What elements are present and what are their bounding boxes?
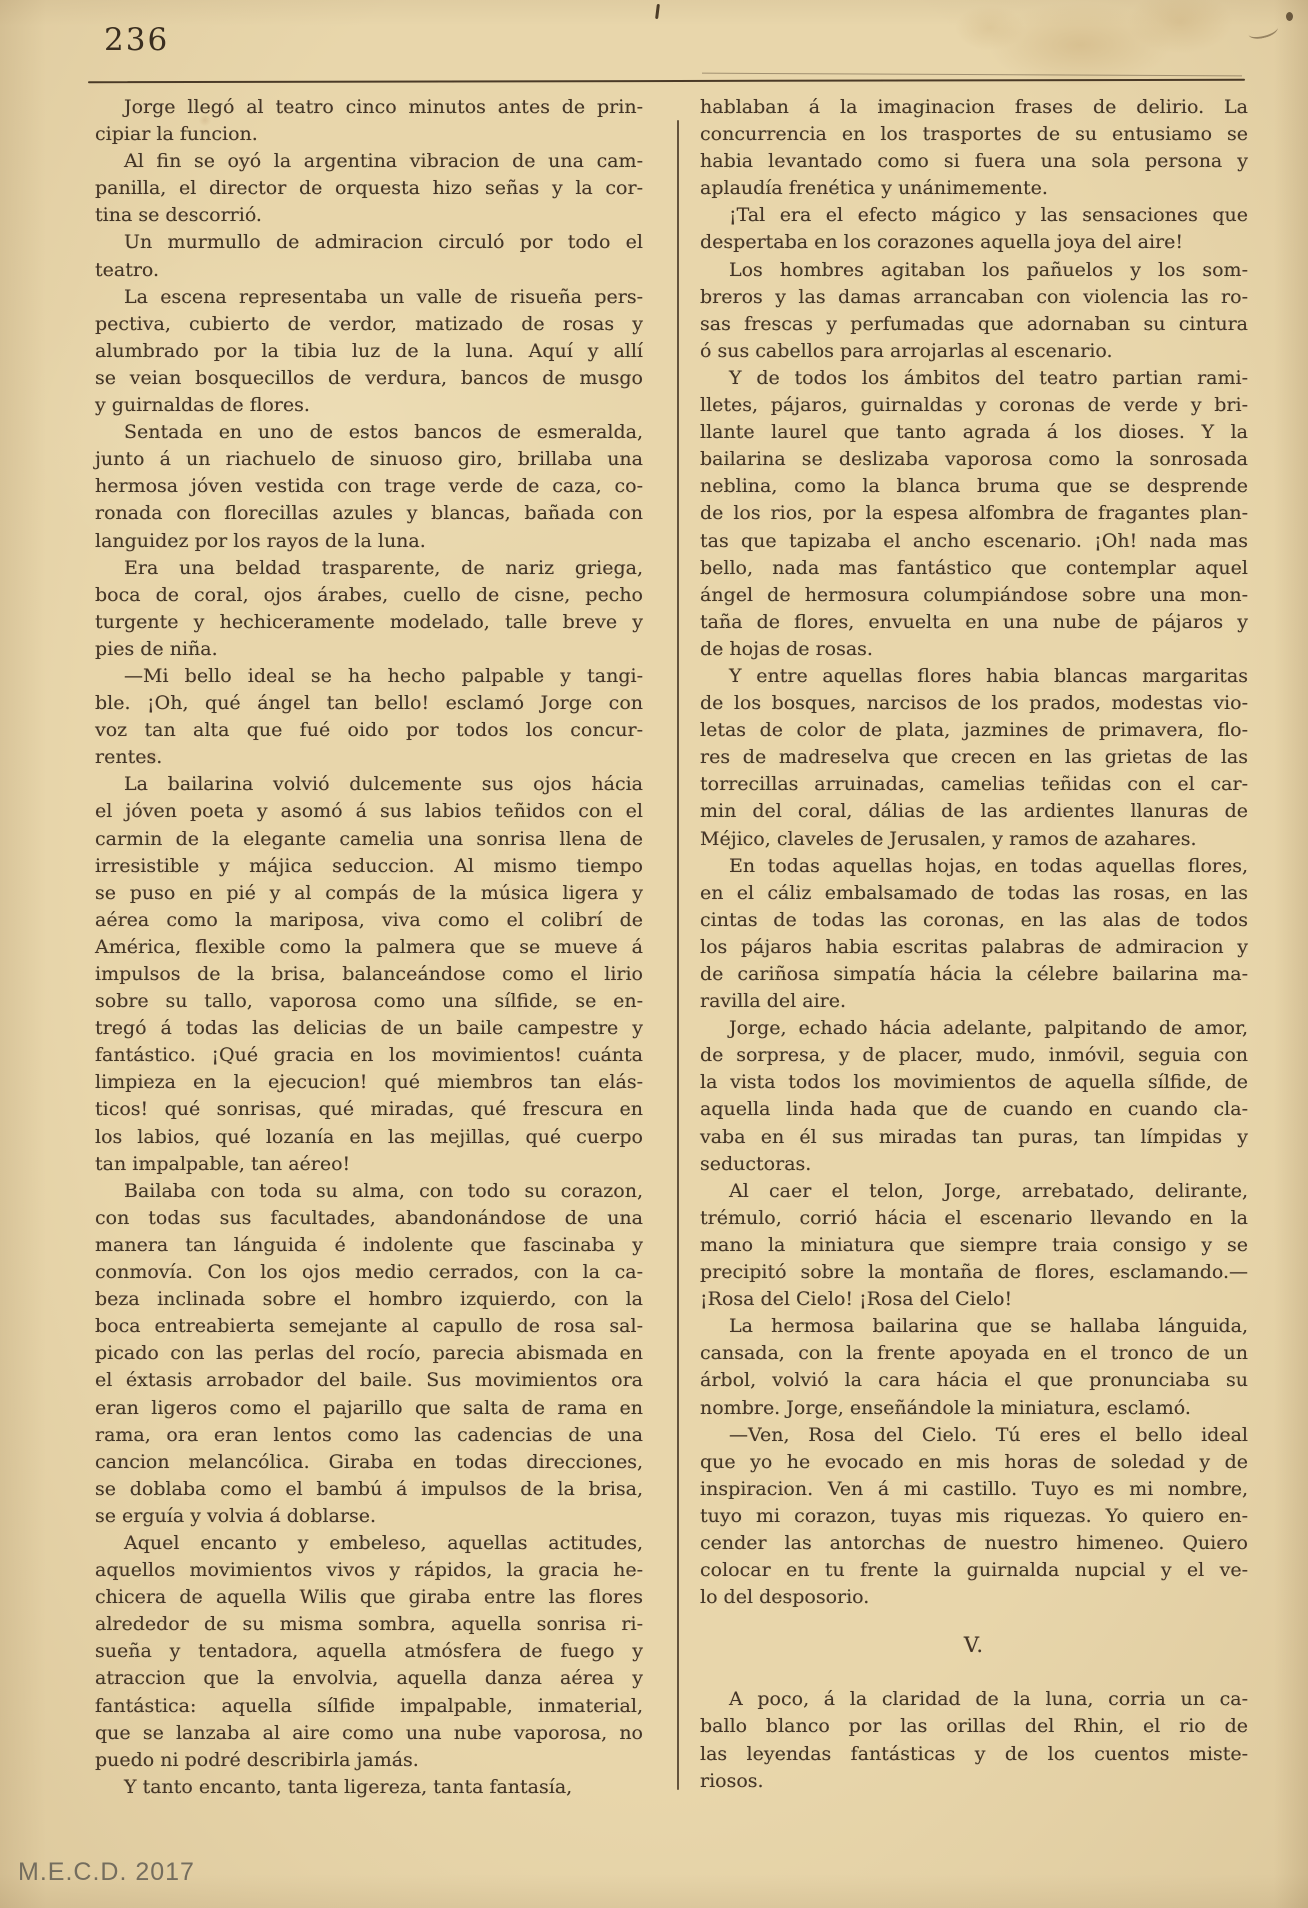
text-line: rama, ora eran lentos como las cadencias… bbox=[95, 1422, 643, 1449]
text-line: irresistible y májica seduccion. Al mism… bbox=[95, 853, 643, 880]
text-line: bailarina se deslizaba vaporosa como la … bbox=[700, 446, 1248, 473]
text-line: letas de color de plata, jazmines de pri… bbox=[700, 717, 1248, 744]
text-line: tan impalpable, tan aéreo! bbox=[95, 1151, 643, 1178]
text-line: ravilla del aire. bbox=[700, 988, 1248, 1015]
text-line: mano la miniatura que siempre traia cons… bbox=[700, 1232, 1248, 1259]
text-line: tas que tapizaba el ancho escenario. ¡Oh… bbox=[700, 528, 1248, 555]
text-line: fantástica: aquella sílfide impalpable, … bbox=[95, 1693, 643, 1720]
paragraph: Y entre aquellas flores habia blancas ma… bbox=[700, 663, 1248, 853]
text-line: sobre su tallo, vaporosa como una sílfid… bbox=[95, 988, 643, 1015]
text-line: tregó á todas las delicias de un baile c… bbox=[95, 1015, 643, 1042]
text-line: hermosa jóven vestida con trage verde de… bbox=[95, 473, 643, 500]
text-line: pectiva, cubierto de verdor, matizado de… bbox=[95, 311, 643, 338]
paragraph: Era una beldad trasparente, de nariz gri… bbox=[95, 555, 643, 663]
page-number: 236 bbox=[104, 22, 169, 58]
text-line: las leyendas fantásticas y de los cuento… bbox=[700, 1741, 1248, 1768]
text-line: cintas de todas las coronas, en las alas… bbox=[700, 907, 1248, 934]
paragraph: La escena representaba un valle de risue… bbox=[95, 284, 643, 419]
text-line: La hermosa bailarina que se hallaba láng… bbox=[700, 1313, 1248, 1340]
text-line: los labios, qué lozanía en las mejillas,… bbox=[95, 1124, 643, 1151]
text-line: ¡Rosa del Cielo! ¡Rosa del Cielo! bbox=[700, 1286, 1248, 1313]
text-line: precipitó sobre la montaña de flores, es… bbox=[700, 1259, 1248, 1286]
text-line: junto á un riachuelo de sinuoso giro, br… bbox=[95, 446, 643, 473]
text-line: árbol, volvió la cara hácia el que pronu… bbox=[700, 1367, 1248, 1394]
text-line: La escena representaba un valle de risue… bbox=[95, 284, 643, 311]
text-line: pies de niña. bbox=[95, 636, 643, 663]
paragraph: Y de todos los ámbitos del teatro partia… bbox=[700, 365, 1248, 663]
text-line: atraccion que la envolvia, aquella danza… bbox=[95, 1665, 643, 1692]
text-line: de cariñosa simpatía hácia la célebre ba… bbox=[700, 961, 1248, 988]
text-line: se puso en pié y al compás de la música … bbox=[95, 880, 643, 907]
text-line: neblina, como la blanca bruma que se des… bbox=[700, 473, 1248, 500]
text-line: Un murmullo de admiracion circuló por to… bbox=[95, 229, 643, 256]
text-line: vaba en él sus miradas tan puras, tan lí… bbox=[700, 1124, 1248, 1151]
text-line: ó sus cabellos para arrojarlas al escena… bbox=[700, 338, 1248, 365]
text-line: Los hombres agitaban los pañuelos y los … bbox=[700, 257, 1248, 284]
text-line: con todas sus facultades, abandonándose … bbox=[95, 1205, 643, 1232]
text-line: alrededor de su misma sombra, aquella so… bbox=[95, 1611, 643, 1638]
text-line: carmin de la elegante camelia una sonris… bbox=[95, 826, 643, 853]
text-line: torrecillas arruinadas, camelias teñidas… bbox=[700, 771, 1248, 798]
text-line: despertaba en los corazones aquella joya… bbox=[700, 229, 1248, 256]
text-line: habia levantado como si fuera una sola p… bbox=[700, 148, 1248, 175]
paragraph: La hermosa bailarina que se hallaba láng… bbox=[700, 1313, 1248, 1421]
text-line: se erguía y volvia á doblarse. bbox=[95, 1503, 643, 1530]
paragraph: Los hombres agitaban los pañuelos y los … bbox=[700, 257, 1248, 365]
text-line: res de madreselva que crecen en las grie… bbox=[700, 744, 1248, 771]
paragraph: Jorge llegó al teatro cinco minutos ante… bbox=[95, 94, 643, 148]
text-line: cender las antorchas de nuestro himeneo.… bbox=[700, 1530, 1248, 1557]
text-line: nombre. Jorge, enseñándole la miniatura,… bbox=[700, 1395, 1248, 1422]
text-line: concurrencia en los trasportes de su ent… bbox=[700, 121, 1248, 148]
text-line: trémulo, corrió hácia el escenario lleva… bbox=[700, 1205, 1248, 1232]
text-line: —Mi bello ideal se ha hecho palpable y t… bbox=[95, 663, 643, 690]
text-column-right: hablaban á la imaginacion frases de deli… bbox=[700, 94, 1248, 1795]
text-line: tuyo mi corazon, tuyas mis riquezas. Yo … bbox=[700, 1503, 1248, 1530]
paragraph: Aquel encanto y embeleso, aquellas actit… bbox=[95, 1530, 643, 1774]
text-line: Jorge llegó al teatro cinco minutos ante… bbox=[95, 94, 643, 121]
text-line: aérea como la mariposa, viva como el col… bbox=[95, 907, 643, 934]
paragraph: Sentada en uno de estos bancos de esmera… bbox=[95, 419, 643, 554]
paragraph: Bailaba con toda su alma, con todo su co… bbox=[95, 1178, 643, 1530]
text-line: Méjico, claveles de Jerusalen, y ramos d… bbox=[700, 826, 1248, 853]
paragraph: ¡Tal era el efecto mágico y las sensacio… bbox=[700, 202, 1248, 256]
text-line: aquellos movimientos vivos y rápidos, la… bbox=[95, 1557, 643, 1584]
paragraph: A poco, á la claridad de la luna, corria… bbox=[700, 1686, 1248, 1794]
text-line: ballo blanco por las orillas del Rhin, e… bbox=[700, 1713, 1248, 1740]
text-line: Y tanto encanto, tanta ligereza, tanta f… bbox=[95, 1774, 643, 1801]
paragraph: La bailarina volvió dulcemente sus ojos … bbox=[95, 771, 643, 1177]
text-line: taña de flores, envuelta en una nube de … bbox=[700, 609, 1248, 636]
text-line: lletes, pájaros, guirnaldas y coronas de… bbox=[700, 392, 1248, 419]
text-line: que se lanzaba al aire como una nube vap… bbox=[95, 1720, 643, 1747]
text-line: de sorpresa, y de placer, mudo, inmóvil,… bbox=[700, 1042, 1248, 1069]
text-column-left: Jorge llegó al teatro cinco minutos ante… bbox=[95, 94, 643, 1801]
text-line: se veian bosquecillos de verdura, bancos… bbox=[95, 365, 643, 392]
text-line: panilla, el director de orquesta hizo se… bbox=[95, 175, 643, 202]
chapter-heading: V. bbox=[700, 1632, 1248, 1659]
text-line: limpieza en la ejecucion! qué miembros t… bbox=[95, 1069, 643, 1096]
text-line: beza inclinada sobre el hombro izquierdo… bbox=[95, 1286, 643, 1313]
text-line: teatro. bbox=[95, 257, 643, 284]
text-line: que yo he evocado en mis horas de soleda… bbox=[700, 1449, 1248, 1476]
text-line: boca de coral, ojos árabes, cuello de ci… bbox=[95, 582, 643, 609]
text-line: conmovía. Con los ojos medio cerrados, c… bbox=[95, 1259, 643, 1286]
paragraph: —Mi bello ideal se ha hecho palpable y t… bbox=[95, 663, 643, 771]
paragraph: Jorge, echado hácia adelante, palpitando… bbox=[700, 1015, 1248, 1178]
text-line: cancion melancólica. Giraba en todas dir… bbox=[95, 1449, 643, 1476]
text-line: fantástico. ¡Qué gracia en los movimient… bbox=[95, 1042, 643, 1069]
text-line: Aquel encanto y embeleso, aquellas actit… bbox=[95, 1530, 643, 1557]
text-line: América, flexible como la palmera que se… bbox=[95, 934, 643, 961]
paragraph: Un murmullo de admiracion circuló por to… bbox=[95, 229, 643, 283]
text-line: se doblaba como el bambú á impulsos de l… bbox=[95, 1476, 643, 1503]
text-line: impulsos de la brisa, balanceándose como… bbox=[95, 961, 643, 988]
text-line: ángel de hermosura columpiándose sobre u… bbox=[700, 582, 1248, 609]
header-rule-echo bbox=[702, 73, 1242, 77]
text-line: lo del desposorio. bbox=[700, 1584, 1248, 1611]
text-line: languidez por los rayos de la luna. bbox=[95, 528, 643, 555]
text-line: rentes. bbox=[95, 744, 643, 771]
text-line: Y entre aquellas flores habia blancas ma… bbox=[700, 663, 1248, 690]
text-line: inspiracion. Ven á mi castillo. Tuyo es … bbox=[700, 1476, 1248, 1503]
text-line: seductoras. bbox=[700, 1151, 1248, 1178]
text-line: voz tan alta que fué oido por todos los … bbox=[95, 717, 643, 744]
watermark: M.E.C.D. 2017 bbox=[18, 1858, 195, 1887]
text-line: alumbrado por la tibia luz de la luna. A… bbox=[95, 338, 643, 365]
text-line: ble. ¡Oh, qué ángel tan bello! esclamó J… bbox=[95, 690, 643, 717]
text-line: hablaban á la imaginacion frases de deli… bbox=[700, 94, 1248, 121]
text-line: cipiar la funcion. bbox=[95, 121, 643, 148]
text-line: aplaudía frenética y unánimemente. bbox=[700, 175, 1248, 202]
text-line: manera tan lánguida é indolente que fasc… bbox=[95, 1232, 643, 1259]
text-line: aquella linda hada que de cuando en cuan… bbox=[700, 1096, 1248, 1123]
paragraph: En todas aquellas hojas, en todas aquell… bbox=[700, 853, 1248, 1016]
text-line: chicera de aquella Wilis que giraba entr… bbox=[95, 1584, 643, 1611]
text-line: boca entreabierta semejante al capullo d… bbox=[95, 1313, 643, 1340]
paragraph: —Ven, Rosa del Cielo. Tú eres el bello i… bbox=[700, 1422, 1248, 1612]
text-line: Al fin se oyó la argentina vibracion de … bbox=[95, 148, 643, 175]
ink-speck bbox=[655, 4, 660, 19]
paragraph: hablaban á la imaginacion frases de deli… bbox=[700, 94, 1248, 202]
text-line: V. bbox=[700, 1632, 1248, 1659]
text-line: y guirnaldas de flores. bbox=[95, 392, 643, 419]
column-divider bbox=[677, 120, 679, 1790]
text-line: A poco, á la claridad de la luna, corria… bbox=[700, 1686, 1248, 1713]
ink-speck bbox=[1286, 12, 1293, 21]
text-line: el éxtasis arrobador del baile. Sus movi… bbox=[95, 1367, 643, 1394]
text-line: de hojas de rosas. bbox=[700, 636, 1248, 663]
text-line: ¡Tal era el efecto mágico y las sensacio… bbox=[700, 202, 1248, 229]
book-page: 236 Jorge llegó al teatro cinco minutos … bbox=[0, 0, 1308, 1908]
text-line: La bailarina volvió dulcemente sus ojos … bbox=[95, 771, 643, 798]
text-line: en el cáliz embalsamado de todas las ros… bbox=[700, 880, 1248, 907]
paragraph: Al fin se oyó la argentina vibracion de … bbox=[95, 148, 643, 229]
text-line: el jóven poeta y asomó á sus labios teñi… bbox=[95, 798, 643, 825]
text-line: ronada con florecillas azules y blancas,… bbox=[95, 500, 643, 527]
text-line: de los rios, por la espesa alfombra de f… bbox=[700, 500, 1248, 527]
header-rule bbox=[88, 79, 1245, 83]
text-line: colocar en tu frente la guirnalda nupcia… bbox=[700, 1557, 1248, 1584]
text-line: turgente y hechiceramente modelado, tall… bbox=[95, 609, 643, 636]
paragraph: Y tanto encanto, tanta ligereza, tanta f… bbox=[95, 1774, 643, 1801]
text-line: Al caer el telon, Jorge, arrebatado, del… bbox=[700, 1178, 1248, 1205]
text-line: Bailaba con toda su alma, con todo su co… bbox=[95, 1178, 643, 1205]
text-line: sueña y tentadora, aquella atmósfera de … bbox=[95, 1638, 643, 1665]
text-line: —Ven, Rosa del Cielo. Tú eres el bello i… bbox=[700, 1422, 1248, 1449]
text-line: llante laurel que tanto agrada á los dio… bbox=[700, 419, 1248, 446]
text-line: Sentada en uno de estos bancos de esmera… bbox=[95, 419, 643, 446]
text-line: En todas aquellas hojas, en todas aquell… bbox=[700, 853, 1248, 880]
text-line: Era una beldad trasparente, de nariz gri… bbox=[95, 555, 643, 582]
text-line: breros y las damas arrancaban con violen… bbox=[700, 284, 1248, 311]
text-line: min del coral, dálias de las ardientes l… bbox=[700, 798, 1248, 825]
text-line: los pájaros habia escritas palabras de a… bbox=[700, 934, 1248, 961]
text-line: ticos! qué sonrisas, qué miradas, qué fr… bbox=[95, 1096, 643, 1123]
text-line: de los bosques, narcisos de los prados, … bbox=[700, 690, 1248, 717]
text-line: sas frescas y perfumadas que adornaban s… bbox=[700, 311, 1248, 338]
ink-speck bbox=[1247, 21, 1279, 42]
text-line: Y de todos los ámbitos del teatro partia… bbox=[700, 365, 1248, 392]
text-line: tina se descorrió. bbox=[95, 202, 643, 229]
paragraph: Al caer el telon, Jorge, arrebatado, del… bbox=[700, 1178, 1248, 1313]
text-line: puedo ni podré describirla jamás. bbox=[95, 1747, 643, 1774]
text-line: riosos. bbox=[700, 1768, 1248, 1795]
text-line: Jorge, echado hácia adelante, palpitando… bbox=[700, 1015, 1248, 1042]
text-line: cansada, con la frente apoyada en el tro… bbox=[700, 1340, 1248, 1367]
text-line: la vista todos los movimientos de aquell… bbox=[700, 1069, 1248, 1096]
text-line: picado con las perlas del rocío, parecia… bbox=[95, 1340, 643, 1367]
text-line: eran ligeros como el pajarillo que salta… bbox=[95, 1395, 643, 1422]
text-line: bello, nada mas fantástico que contempla… bbox=[700, 555, 1248, 582]
